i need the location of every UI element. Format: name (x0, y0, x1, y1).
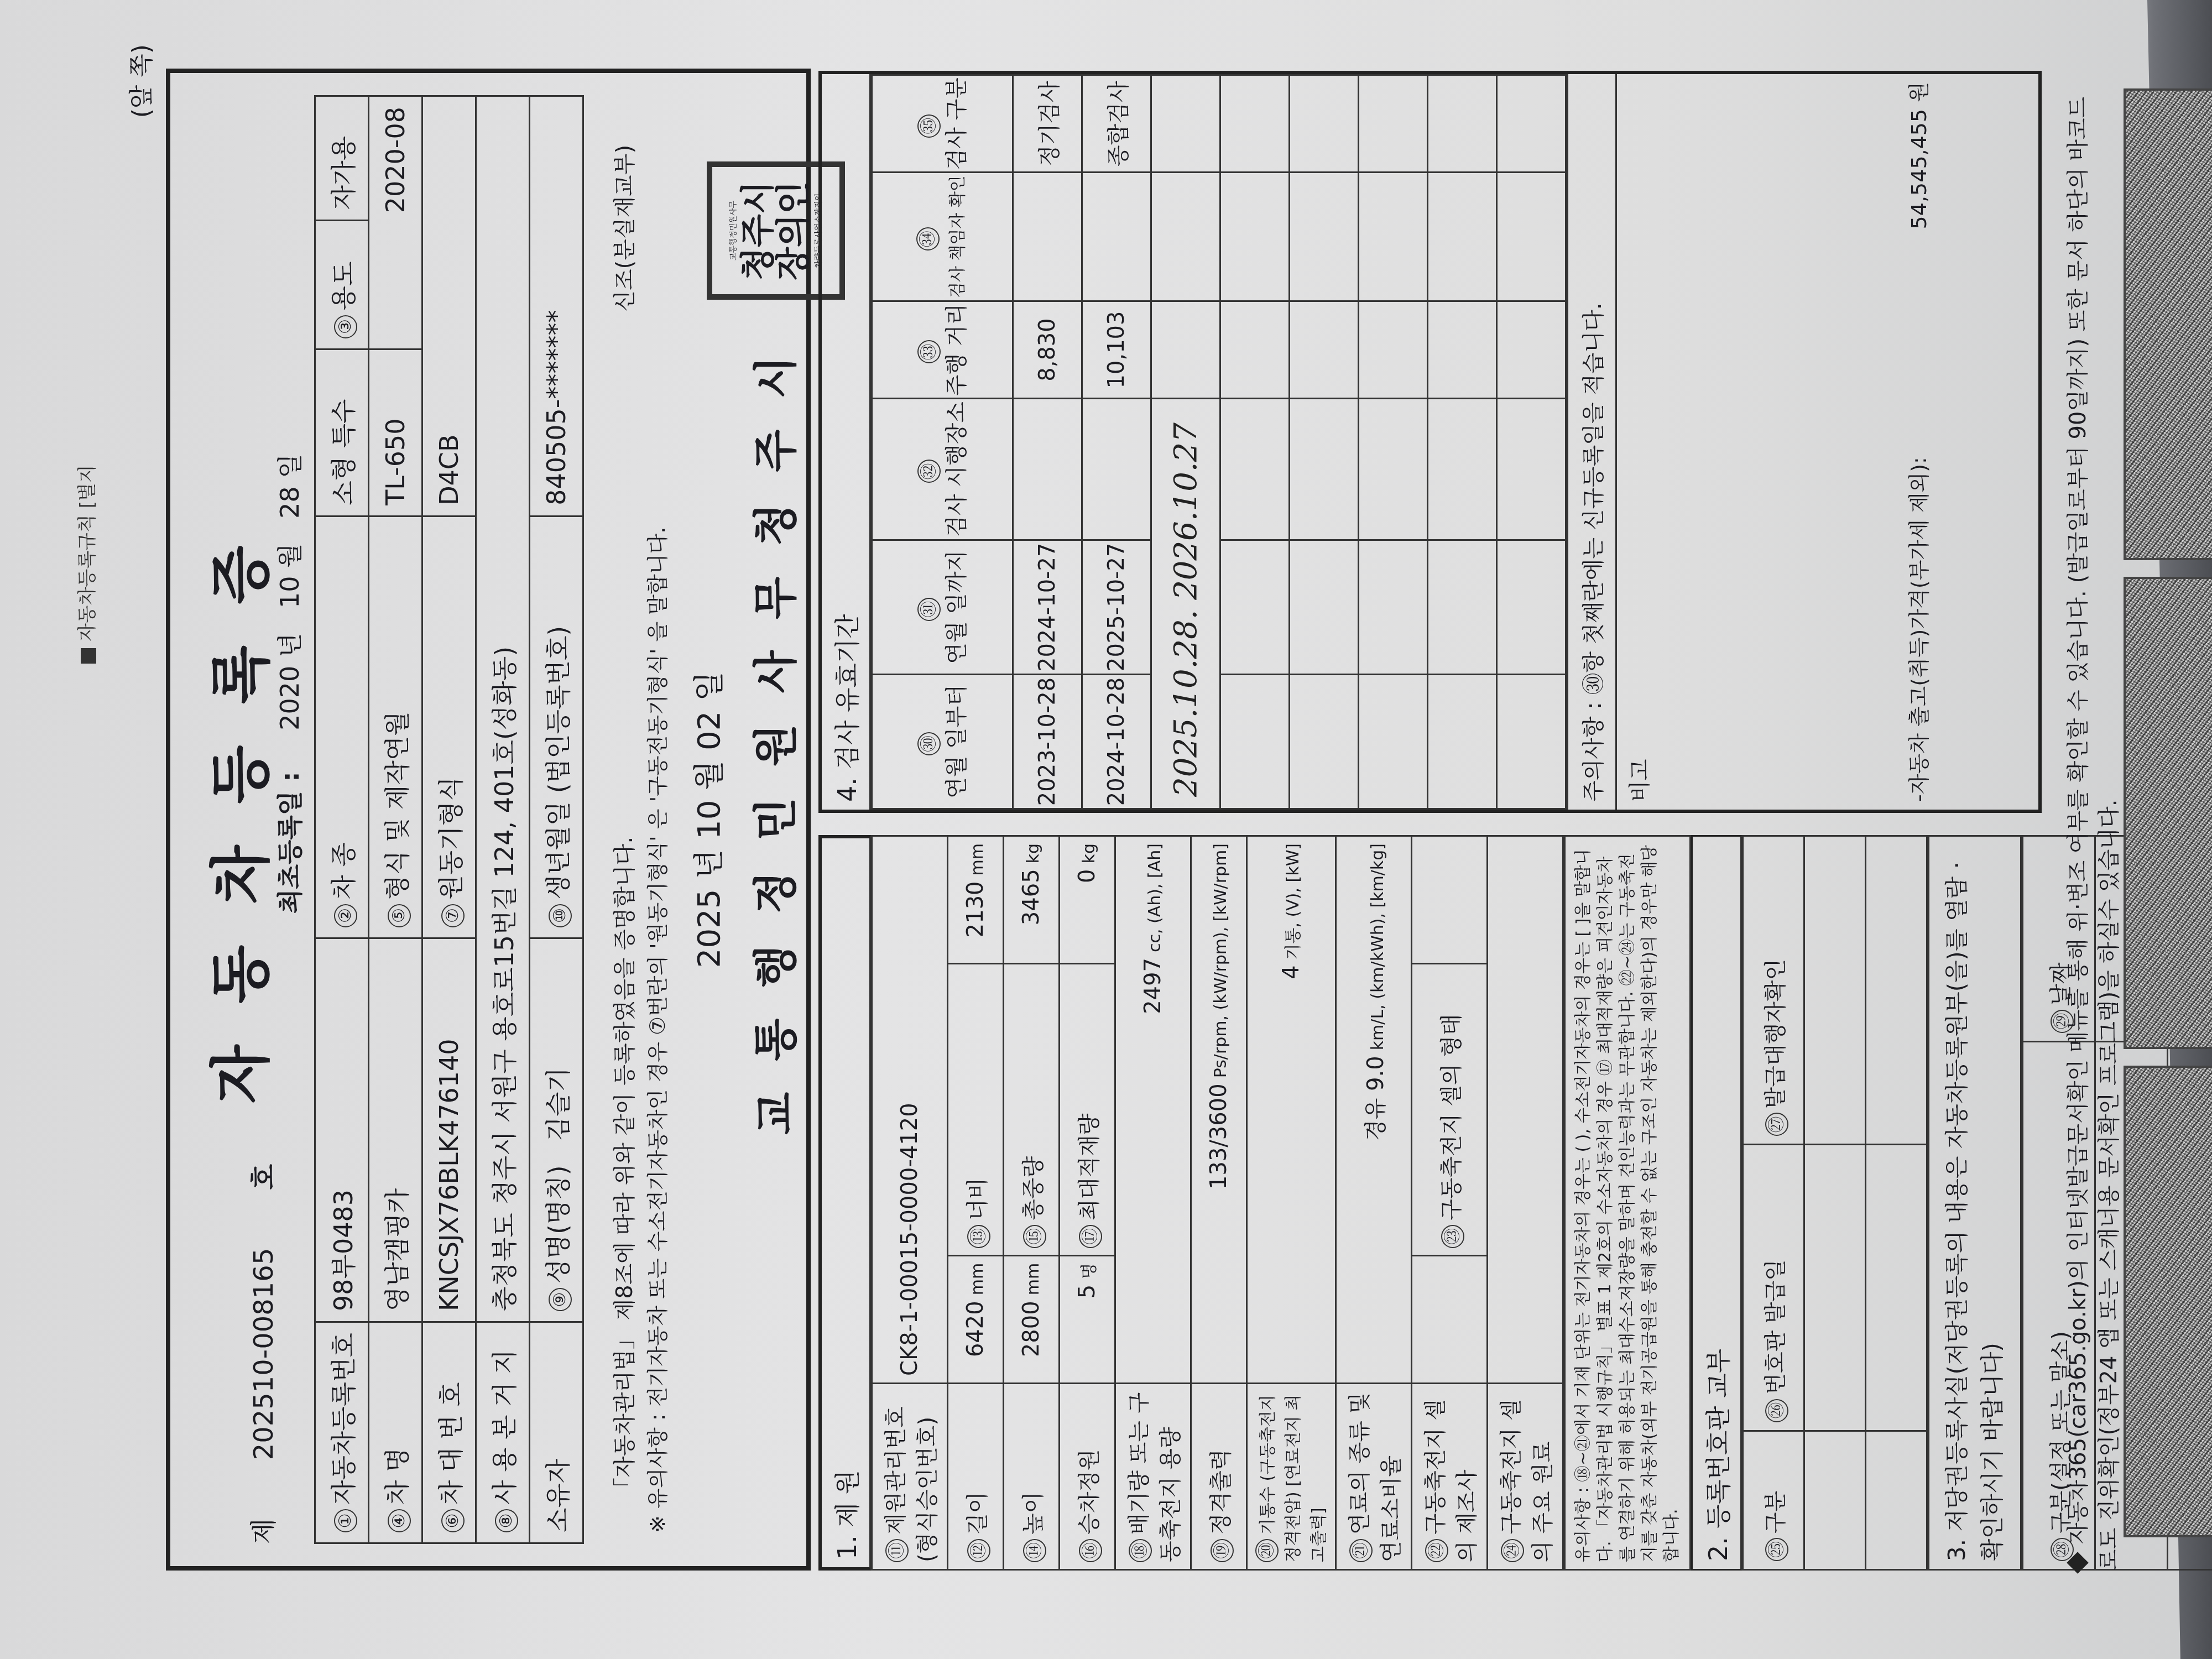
gross-weight-value: 3465 (1019, 869, 1044, 925)
form-reference: 자동차등록규칙 [별지 (72, 465, 99, 664)
plate-number: 98부0483 (315, 938, 369, 1322)
width-value: 2130 (963, 881, 988, 937)
table-row: 2023-10-28 2024-10-27 8,830 정기검사 (1013, 75, 1082, 809)
caution-note: ※ 유의사항 : 전기자동차 또는 수소전기자동차인 경우 ⑦번란의 '원동기형… (640, 527, 671, 1533)
length-value: 6420 (963, 1301, 988, 1357)
rated-output-value: 133/3600 (1206, 1083, 1232, 1190)
table-row (1290, 75, 1359, 809)
specification-column: 1. 제 원 ⑪제원관리번호 (형식승인번호) CK8-1-00015-0000… (818, 835, 2035, 1571)
plate-issue-table: ㉕구분 ㉖번호판 발급일 ㉗발급대행자확인 (1742, 835, 1928, 1571)
height-value: 2800 (1019, 1301, 1044, 1357)
table-row (1428, 75, 1497, 809)
inspection-section-title: 4. 검사 유효기간 (822, 74, 871, 810)
spec-section-title: 1. 제 원 (818, 835, 871, 1571)
remarks-box: 비고 -자동차 출고(취득)가격(부가세 제외): 54,545,455 원 (1615, 74, 1938, 810)
table-row: ⑯승차정원 5명 ⑰최대적재량 0kg (1060, 836, 1115, 1570)
manufacture-date: 2020-08 (369, 96, 422, 349)
verification-barcodes (2124, 88, 2212, 1537)
vehicle-registration-certificate: 자동차등록규칙 [별지 (앞 쪽) 자 동 차 등 록 증 제 202510-0… (72, 33, 2206, 1637)
model-code: TL-650 (369, 349, 422, 516)
diamond-bullet-icon (2067, 1552, 2089, 1574)
displacement-value: 2497 (1140, 958, 1166, 1014)
table-row (1220, 75, 1290, 809)
table-row (1866, 836, 1927, 1570)
table-row: ⑲정격출력 133/3600Ps/rpm, (kW/rpm), [kW/rpm] (1191, 836, 1247, 1570)
table-row (1804, 836, 1866, 1570)
owner-label: 소유자 (530, 1322, 583, 1543)
max-load-value: 0 (1074, 869, 1100, 883)
spec-table: ⑪제원관리번호 (형식승인번호) CK8-1-00015-0000-4120 ⑫… (871, 835, 1564, 1571)
remarks-label: 비고 (1627, 759, 1653, 802)
table-row: 2024-10-28 2025-10-27 10,103 종합검사 (1082, 75, 1151, 809)
barcode-icon (2124, 577, 2212, 1048)
base-address: 충청북도 청주시 서원구 용호로15번길 124, 401호(성화동) (476, 96, 530, 1322)
handwritten-inspection-period: 2025.10.28. 2026.10.27 (1168, 422, 1204, 797)
issuing-authority: 교 통 행 정 민 원 사 무 청 주 시 (740, 348, 804, 1135)
barcode-icon (2124, 88, 2212, 560)
table-row: ㉒구동축전지 셀의 제조사 ㉓구동축전지 셀의 형태 (1412, 836, 1488, 1570)
lien-section-title: 3. 저당권등록사실(저당권등록의 내용은 자동차등록원부(을)를 열람 · 확… (1928, 835, 2022, 1571)
table-row: ⑭높이 2800mm ⑮총중량 3465kg (1004, 836, 1060, 1570)
plate-section-title: 2. 등록번호판 교부 (1691, 835, 1742, 1571)
inspection-notice: 주의사항 : ㉚항 첫째란에는 신규등록일을 적습니다. (1567, 74, 1615, 810)
table-header-row: ㉚연월 일부터 ㉛연월 일까지 ㉜검사 시행장소 ㉝주행 거리 ㉞검사 책임자 … (872, 75, 1013, 809)
table-row: ④차 명 영남캠핑카 ⑤형식 및 제작연월 TL-650 2020-08 (369, 96, 422, 1543)
battery-materials (1488, 836, 1563, 1384)
battery-cell-type (1412, 836, 1488, 964)
table-row: ⑳기통수 (구동축전지정격전압) [연료전지 최고출력] 4기통, (V), [… (1247, 836, 1336, 1570)
factory-price-value: 54,545,455 원 (1902, 82, 1932, 229)
table-row: ㉔구동축전지 셀의 주요 원료 (1488, 836, 1563, 1570)
certification-statement: 「자동차관리법」 제8조에 따라 위와 같이 등록하였음을 증명합니다. (607, 837, 639, 1500)
inspection-column: 4. 검사 유효기간 ㉚연월 일부터 ㉛연월 일까지 ㉜검사 시행장소 ㉝주행 … (818, 71, 2042, 813)
table-row: 2025.10.28. 2026.10.27 (1151, 75, 1220, 809)
registration-serial: 제 202510-008165 호 (242, 1164, 280, 1544)
usage-type: 자가용 (315, 96, 369, 221)
table-row: ⑥차 대 번 호 KNCSJX76BLK476140 ⑦원동기형식 D4CB (422, 96, 476, 1543)
table-row: ①자동차등록번호 98부0483 ②차 종 소형 특수 ③용도 자가용 (315, 96, 369, 1543)
vehicle-type: 소형 특수 (315, 349, 369, 516)
table-row: 소유자 ⑨성명(명칭) 김슬기 ⑩생년월일 (법인등록번호) 840505-**… (530, 96, 583, 1543)
table-row: ㉑연료의 종류 및 연료소비율 경유 9.0km/L, (km/kWh), [k… (1336, 836, 1412, 1570)
table-row: ⑫길이 6420mm ⑬너비 2130mm (948, 836, 1004, 1570)
vehicle-name: 영남캠핑카 (369, 938, 422, 1322)
cylinder-count: 4 (1279, 965, 1304, 979)
spec-management-number: CK8-1-00015-0000-4120 (872, 836, 948, 1384)
issue-type: 신조(분실재교부) (607, 145, 639, 312)
table-row (1359, 75, 1428, 809)
table-row (1497, 75, 1566, 809)
spec-note: 유의사항 : ⑱~㉑에서 기재 단위는 전기자동차의 경우는 ( ), 수소전기… (1564, 835, 1691, 1571)
verification-footnote: 자동차365(car365.go.kr)의 인터넷발급문서확인 메뉴를 통해 위… (2063, 77, 2125, 1571)
factory-price: -자동차 출고(취득)가격(부가세 제외): 54,545,455 원 (1902, 82, 1932, 802)
owner-birthdate: 840505-******* (530, 96, 583, 517)
fuel-efficiency: 경유 9.0 (1363, 1056, 1389, 1141)
first-registration-date: 최초등록일 : 2020 년 10 월 28 일 (270, 453, 306, 914)
square-bullet-icon (81, 648, 96, 664)
battery-manufacturer (1412, 1255, 1488, 1383)
engine-type: D4CB (422, 96, 476, 517)
barcode-icon (2124, 1066, 2212, 1537)
table-row: ⑧사 용 본 거 지 충청북도 청주시 서원구 용호로15번길 124, 401… (476, 96, 530, 1543)
page-side-label: (앞 쪽) (122, 44, 157, 118)
vehicle-info-table: ①자동차등록번호 98부0483 ②차 종 소형 특수 ③용도 자가용 ④차 명… (314, 95, 584, 1544)
inspection-table: ㉚연월 일부터 ㉛연월 일까지 ㉜검사 시행장소 ㉝주행 거리 ㉞검사 책임자 … (871, 74, 1567, 810)
vin: KNCSJX76BLK476140 (422, 938, 476, 1322)
table-row: ⑪제원관리번호 (형식승인번호) CK8-1-00015-0000-4120 (872, 836, 948, 1570)
table-row: ⑱배기량 또는 구동축전지 용량 2497cc, (Ah), [Ah] (1115, 836, 1191, 1570)
registration-serial-number: 202510-008165 (248, 1248, 279, 1460)
registration-header-frame: 자 동 차 등 록 증 제 202510-008165 호 최초등록일 : 20… (166, 69, 811, 1571)
owner-name: 김슬기 (543, 1067, 573, 1141)
seating-capacity: 5 (1074, 1285, 1100, 1298)
table-header-row: ㉕구분 ㉖번호판 발급일 ㉗발급대행자확인 (1743, 836, 1804, 1570)
